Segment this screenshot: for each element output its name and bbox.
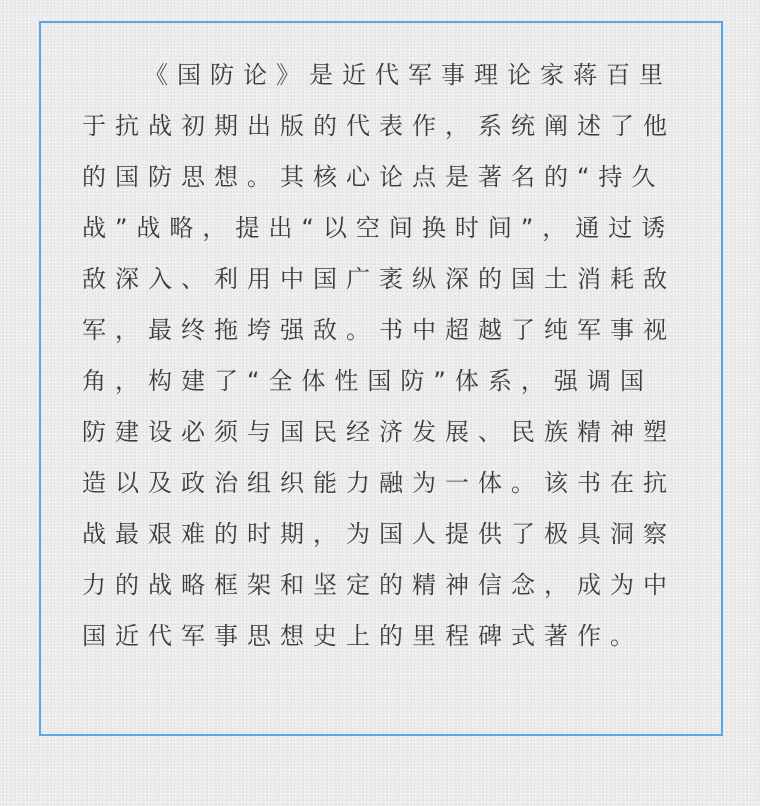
paragraph-line: 敌深入、利用中国广袤纵深的国土消耗敌 — [82, 254, 702, 305]
paragraph-line: 《国防论》是近代军事理论家蒋百里 — [82, 50, 702, 101]
paragraph-line: 造以及政治组织能力融为一体。该书在抗 — [82, 458, 702, 509]
paragraph-line: 于抗战初期出版的代表作，系统阐述了他 — [82, 101, 702, 152]
paragraph-line: 防建设必须与国民经济发展、民族精神塑 — [82, 407, 702, 458]
paragraph-line: 力的战略框架和坚定的精神信念，成为中 — [82, 560, 702, 611]
paragraph-line: 战”战略，提出“以空间换时间”，通过诱 — [82, 203, 702, 254]
paragraph-line: 军，最终拖垮强敌。书中超越了纯军事视 — [82, 305, 702, 356]
paragraph-line: 角，构建了“全体性国防”体系，强调国 — [82, 356, 702, 407]
article-paragraph: 《国防论》是近代军事理论家蒋百里 于抗战初期出版的代表作，系统阐述了他 的国防思… — [82, 50, 702, 662]
paragraph-line: 国近代军事思想史上的里程碑式著作。 — [82, 611, 702, 662]
paragraph-line: 战最艰难的时期，为国人提供了极具洞察 — [82, 509, 702, 560]
paragraph-line: 的国防思想。其核心论点是著名的“持久 — [82, 152, 702, 203]
